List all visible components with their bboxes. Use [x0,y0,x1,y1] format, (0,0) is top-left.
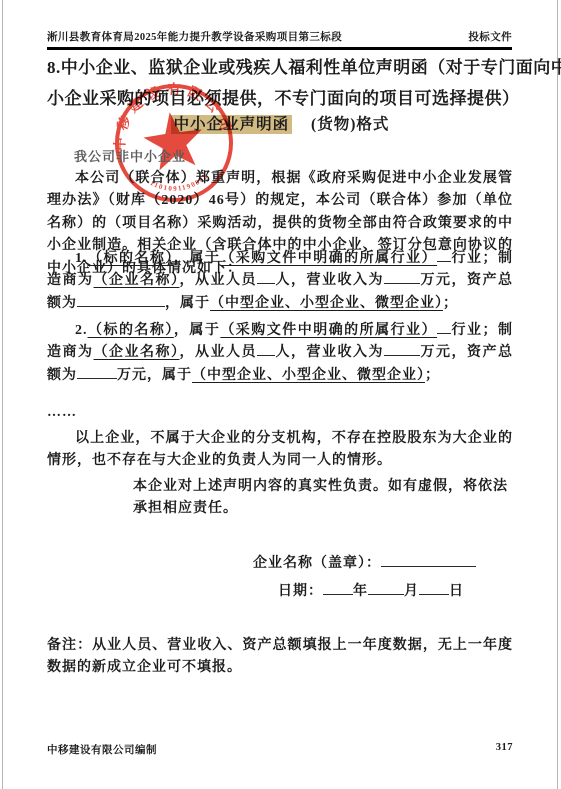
underlined-placeholder: （采购文件中明确的所属行业） [220,323,437,338]
footer-page-number: 317 [496,742,513,757]
document-footer: 中移建设有限公司编制 317 [47,742,513,757]
fill-in-blank [437,321,451,334]
header-doc-type: 投标文件 [468,29,512,44]
fill-in-blank [437,249,451,262]
non-sme-gray-note: 我公司非中小企业 [74,146,186,165]
item-2-paragraph: 2.（标的名称），属于（采购文件中明确的所属行业）行业；制造商为（企业名称），从… [47,320,513,387]
text-segment: ，从业人员 [180,345,258,360]
page-left-edge [2,0,3,789]
item-1-paragraph: 1.（标的名称），属于（采购文件中明确的所属行业）行业；制造商为（企业名称），从… [47,248,513,315]
document-page: 淅川县教育体育局2025年能力提升教学设备采购项目第三标段 投标文件 8.中小企… [0,0,561,789]
text-segment: ，属于 [174,251,220,266]
header-project-title: 淅川县教育体育局2025年能力提升教学设备采购项目第三标段 [47,29,342,44]
underlined-placeholder: （标的名称） [88,251,174,266]
day-blank [419,582,449,595]
text-segment: 2. [75,323,88,338]
text-segment: ； [443,296,458,311]
date-label: 日期： [278,584,323,599]
underlined-placeholder: （标的名称） [88,323,174,338]
no-large-enterprise-paragraph: 以上企业，不属于大企业的分支机构，不存在控股股东为大企业的情形，也不存在与大企业… [47,428,513,473]
date-signature-line: 日期：年月日 [278,580,464,600]
fill-in-blank [77,366,117,379]
document-header: 淅川县教育体育局2025年能力提升教学设备采购项目第三标段 投标文件 [47,29,512,50]
highlighted-form-name: 中小企业声明函 [171,115,293,134]
text-segment: ，属于 [174,323,220,338]
form-format-label: (货物)格式 [311,116,389,133]
underlined-placeholder: （采购文件中明确的所属行业） [220,251,437,266]
fill-in-blank [257,343,275,356]
fill-in-blank [384,271,420,284]
underlined-placeholder: （中型企业、小型企业、微型企业） [210,296,443,311]
form-subtitle: 中小企业声明函 (货物)格式 [47,112,513,134]
fill-in-blank [257,271,275,284]
section-title: 8.中小企业、监狱企业或残疾人福利性单位声明函（对于专门面向中 小企业采购的项目… [47,52,513,114]
text-segment: ，属于 [165,296,210,311]
remark-paragraph: 备注：从业人员、营业收入、资产总额填报上一年度数据，无上一年度数据的新成立企业可… [47,635,513,680]
footer-compiler: 中移建设有限公司编制 [47,742,157,757]
company-name-blank [381,554,476,567]
fill-in-blank [77,294,165,307]
text-segment: ； [425,368,440,383]
page-right-edge [557,0,558,789]
underlined-placeholder: （中型企业、小型企业、微型企业） [192,368,425,383]
section-title-line2: 小企业采购的项目必须提供，不专门面向的项目可选择提供） [47,83,513,114]
underlined-placeholder: （企业名称） [94,345,180,360]
company-name-signature-line: 企业名称（盖章）： [253,552,476,572]
text-segment: ，从业人员 [180,273,258,288]
month-blank [368,582,404,595]
text-segment: 人，营业收入为 [275,345,384,360]
underlined-placeholder: （企业名称） [94,273,180,288]
section-title-line1: 8.中小企业、监狱企业或残疾人福利性单位声明函（对于专门面向中 [47,52,513,83]
year-blank [323,582,353,595]
company-seal-label: 企业名称（盖章）： [253,556,381,571]
text-segment: 万元，属于 [117,368,192,383]
text-segment: 1. [75,251,88,266]
text-segment: 人，营业收入为 [275,273,384,288]
year-label: 年 [353,584,368,599]
month-label: 月 [404,584,419,599]
ellipsis-line: …… [47,402,513,424]
fill-in-blank [384,343,420,356]
day-label: 日 [449,584,464,599]
responsibility-statement: 本企业对上述声明内容的真实性负责。如有虚假，将依法承担相应责任。 [47,476,513,521]
